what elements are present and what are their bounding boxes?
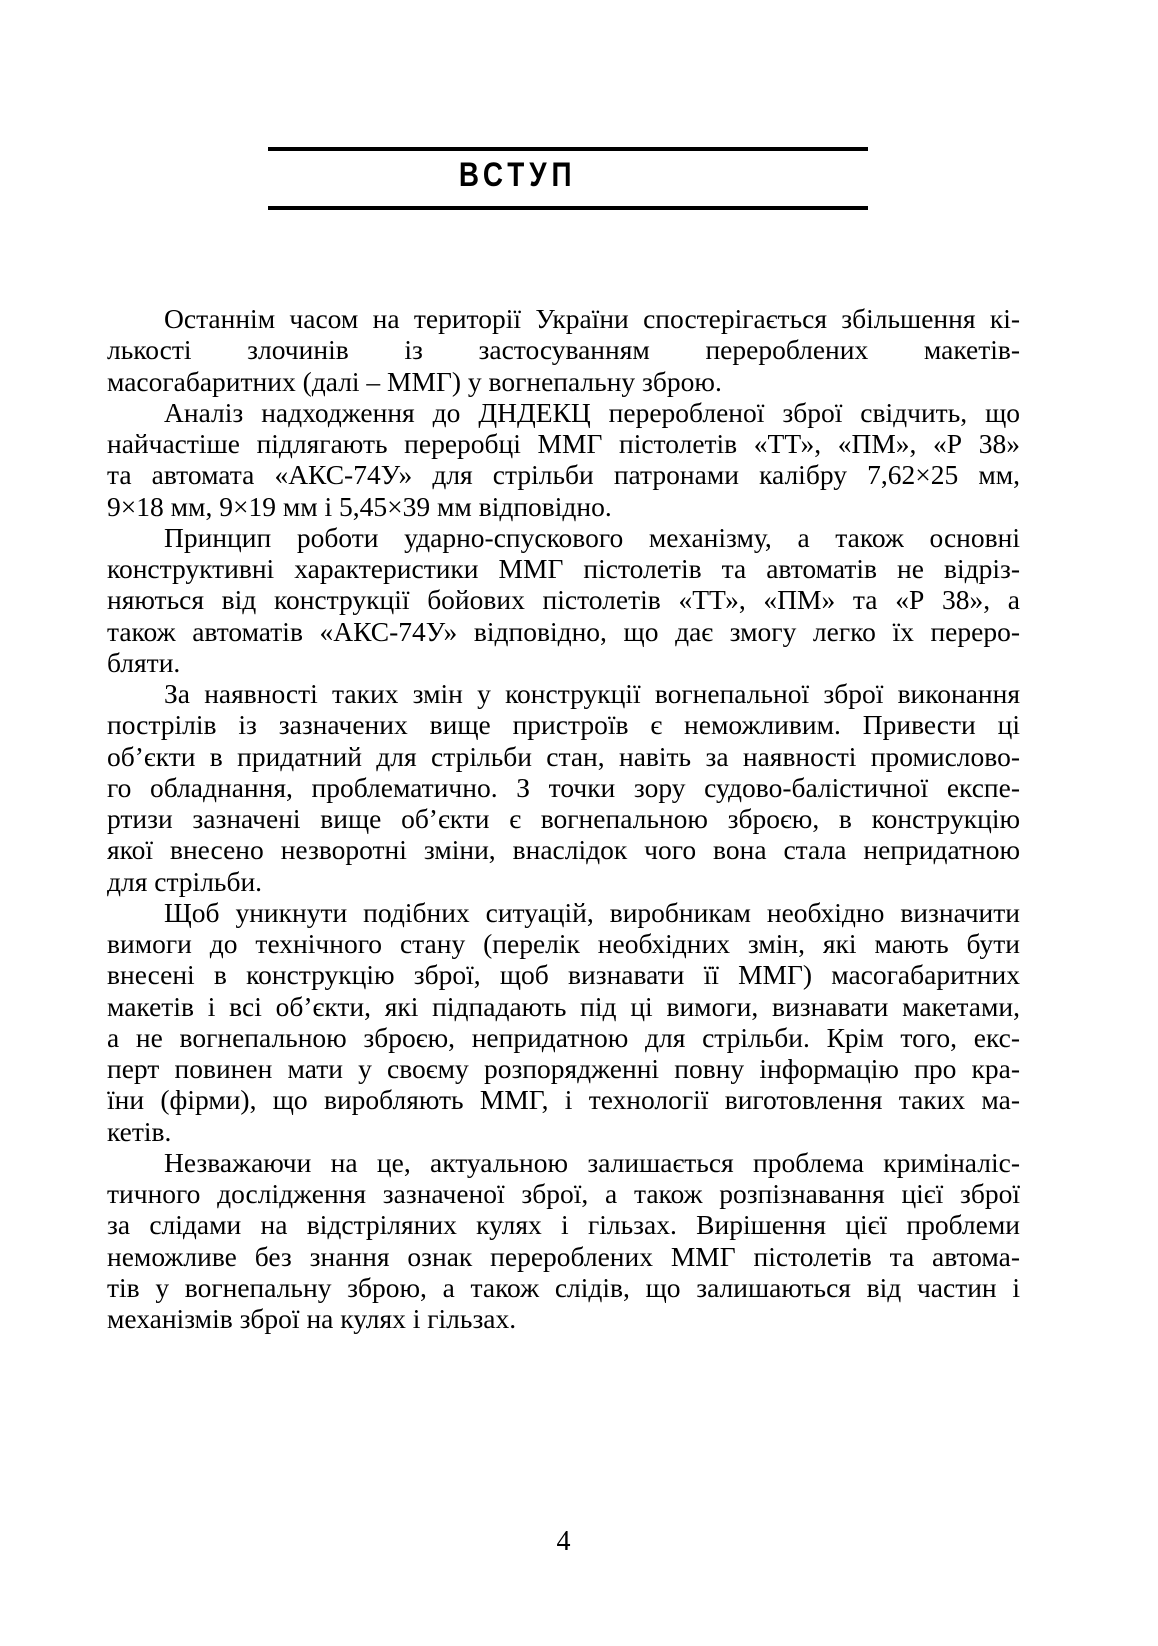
text-line: механізмів зброї на кулях і гільзах.: [107, 1303, 1020, 1334]
title-rule-bottom: [268, 206, 868, 210]
text-line: за слідами на відстріляних кулях і гільз…: [107, 1209, 1020, 1240]
text-line: також автоматів «АКС-74У» відповідно, що…: [107, 616, 1020, 647]
text-line: Принцип роботи ударно-спускового механіз…: [107, 522, 1020, 553]
text-line: конструктивні характеристики ММГ пістоле…: [107, 553, 1020, 584]
text-line: неможливе без знання ознак перероблених …: [107, 1241, 1020, 1272]
text-line: та автомата «АКС-74У» для стрільби патро…: [107, 459, 1020, 490]
document-page: ВСТУП Останнім часом на території Україн…: [0, 0, 1158, 1646]
paragraph: За наявності таких змін у конструкції во…: [107, 678, 1020, 897]
text-line: їни (фірми), що виробляють ММГ, і технол…: [107, 1084, 1020, 1115]
page-number: 4: [107, 1526, 1020, 1558]
text-line: Останнім часом на території України спос…: [107, 303, 1020, 334]
text-line: а не вогнепальною зброєю, непридатною дл…: [107, 1022, 1020, 1053]
page-title: ВСТУП: [218, 156, 818, 194]
text-line: 9×18 мм, 9×19 мм і 5,45×39 мм відповідно…: [107, 491, 1020, 522]
text-line: для стрільби.: [107, 866, 1020, 897]
text-line: внесені в конструкцію зброї, щоб визнава…: [107, 959, 1020, 990]
text-line: якої внесено незворотні зміни, внаслідок…: [107, 834, 1020, 865]
body-text: Останнім часом на території України спос…: [107, 303, 1020, 1334]
paragraph: Щоб уникнути подібних ситуацій, виробник…: [107, 897, 1020, 1147]
text-line: ртизи зазначені вище об’єкти є вогнепаль…: [107, 803, 1020, 834]
text-line: го обладнання, проблематично. З точки зо…: [107, 772, 1020, 803]
text-line: об’єкти в придатний для стрільби стан, н…: [107, 741, 1020, 772]
text-line: За наявності таких змін у конструкції во…: [107, 678, 1020, 709]
text-line: Аналіз надходження до ДНДЕКЦ перероблено…: [107, 397, 1020, 428]
text-line: кетів.: [107, 1116, 1020, 1147]
paragraph: Останнім часом на території України спос…: [107, 303, 1020, 397]
text-line: масогабаритних (далі – ММГ) у вогнепальн…: [107, 366, 1020, 397]
text-line: бляти.: [107, 647, 1020, 678]
text-line: лькості злочинів із застосуванням переро…: [107, 334, 1020, 365]
text-line: Щоб уникнути подібних ситуацій, виробник…: [107, 897, 1020, 928]
text-line: вимоги до технічного стану (перелік необ…: [107, 928, 1020, 959]
page-title-text: ВСТУП: [459, 156, 577, 194]
paragraph: Незважаючи на це, актуальною залишається…: [107, 1147, 1020, 1335]
paragraph: Принцип роботи ударно-спускового механіз…: [107, 522, 1020, 678]
text-line: Незважаючи на це, актуальною залишається…: [107, 1147, 1020, 1178]
text-line: тів у вогнепальну зброю, а також слідів,…: [107, 1272, 1020, 1303]
text-line: няються від конструкції бойових пістолет…: [107, 584, 1020, 615]
text-line: тичного дослідження зазначеної зброї, а …: [107, 1178, 1020, 1209]
text-line: макетів і всі об’єкти, які підпадають пі…: [107, 991, 1020, 1022]
text-line: пострілів із зазначених вище пристроїв є…: [107, 709, 1020, 740]
text-line: найчастіше підлягають переробці ММГ піст…: [107, 428, 1020, 459]
title-rule-top: [268, 147, 868, 151]
paragraph: Аналіз надходження до ДНДЕКЦ перероблено…: [107, 397, 1020, 522]
text-line: перт повинен мати у своєму розпорядженні…: [107, 1053, 1020, 1084]
